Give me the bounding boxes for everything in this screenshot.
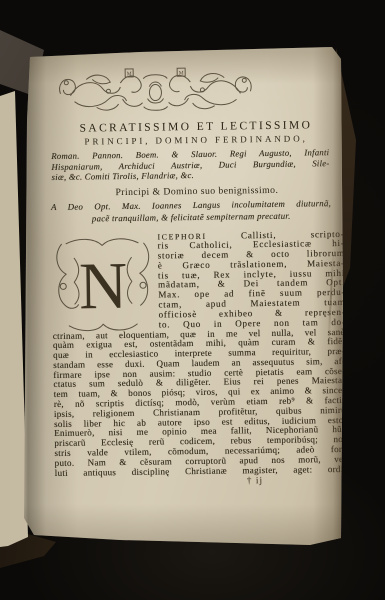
drop-cap-initial-n: N [53,237,152,332]
royal-titles-block: Roman. Pannon. Boem. & Slauor. Regi Augu… [51,147,329,183]
headpiece-ornament: M M [56,65,255,114]
ornament-letter-m-right: M [179,71,184,77]
drop-cap-letter: N [79,250,128,324]
salutation-line: Principi & Domino suo benignissimo. [51,184,343,199]
dedication-formula-block: A Deo Opt. Max. Ioannes Langus incolumit… [51,198,331,225]
signature-mark: † ij [185,475,325,487]
paragraph-beside-initial: ICEPHORI Callisti, scripto- ris Catholic… [157,229,345,330]
dedication-heading-line2: PRINCIPI, DOMINO FERDINANDO, [50,133,342,147]
book-photograph: M M SACRATISSIMO ET LECTISSIMO PRINCIPI,… [0,0,385,600]
book-page: M M SACRATISSIMO ET LECTISSIMO PRINCIPI,… [0,0,385,600]
printed-text-area: M M SACRATISSIMO ET LECTISSIMO PRINCIPI,… [49,58,341,62]
ornament-letter-m-left: M [127,71,132,77]
paragraph-full-width: ctrinam, aut eloquentiam, quæ in me vel … [53,327,347,478]
